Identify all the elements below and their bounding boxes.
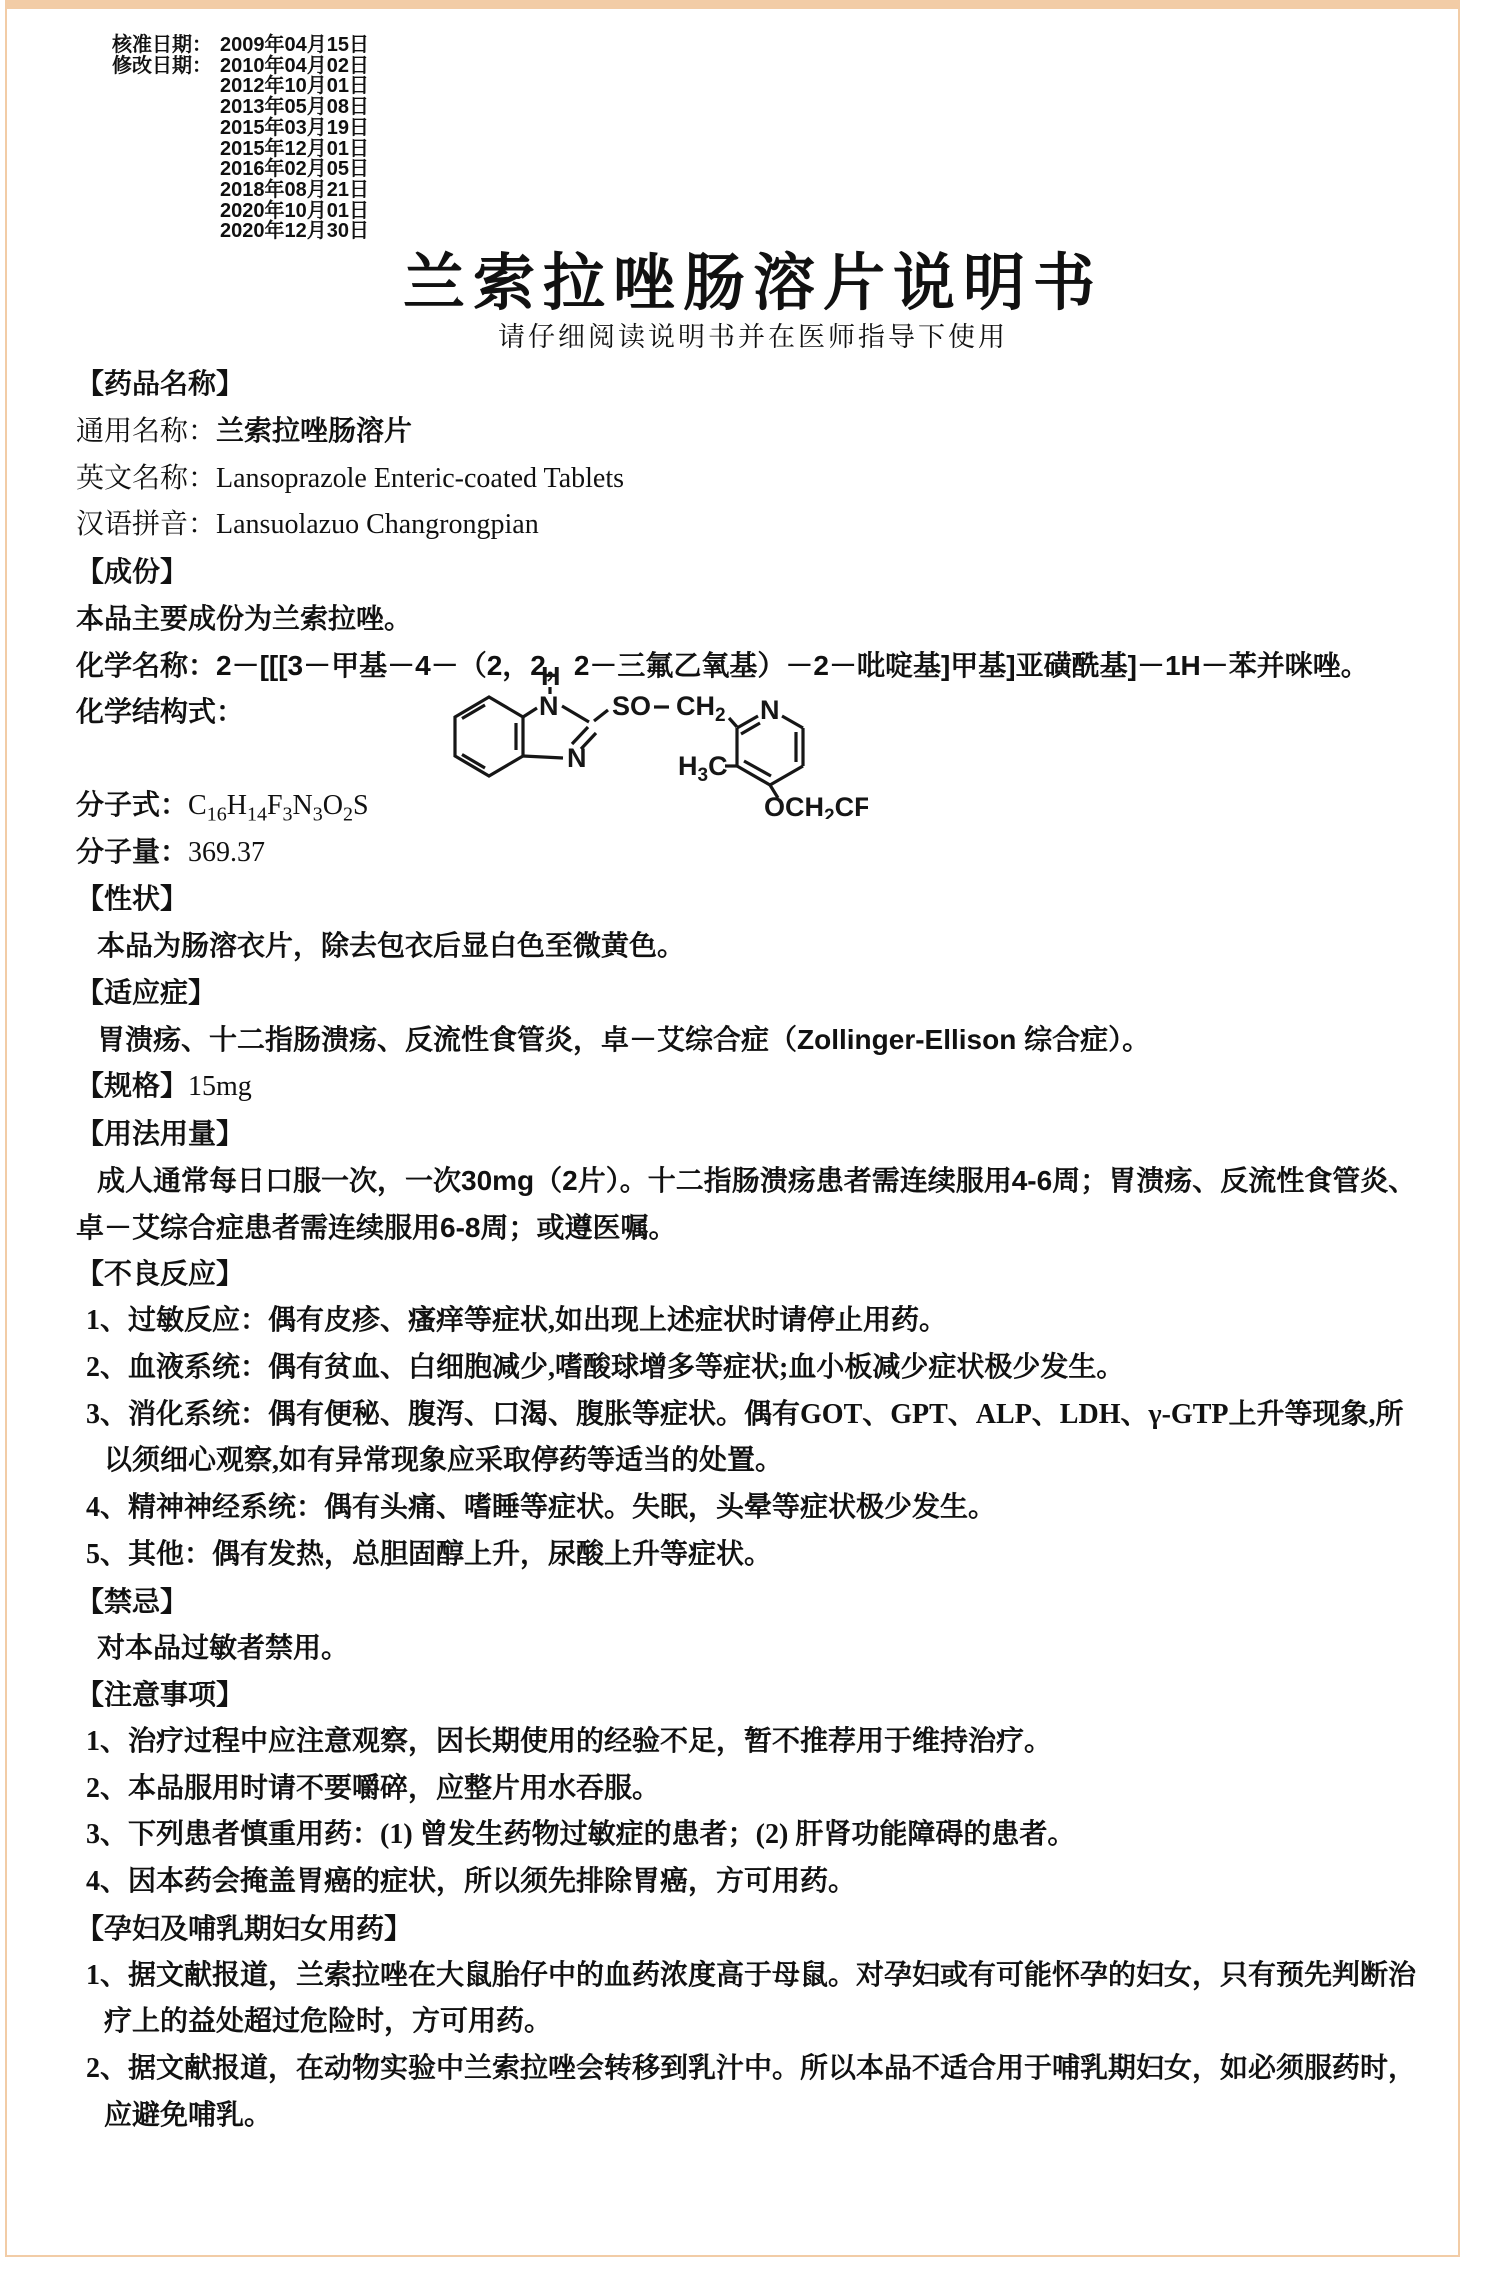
generic-name-value: 兰索拉唑肠溶片 [216, 415, 412, 446]
section-heading-pregnancy: 【孕妇及哺乳期妇女用药】 [76, 1906, 1430, 1953]
revision-date-extra-row: 2012年10月01日 [112, 76, 1430, 97]
pinyin-name-row: 汉语拼音：Lansuolazuo Changrongpian [76, 502, 1430, 549]
revision-date-spacer [112, 139, 220, 160]
revision-date-spacer [112, 159, 220, 180]
item-text: 血液系统：偶有贫血、白细胞减少,嗜酸球增多等症状;血小板减少症状极少发生。 [128, 1352, 1124, 1383]
section-heading-specification: 【规格】 [76, 1070, 188, 1101]
imidazole-n1-label: N [539, 691, 559, 721]
imidazole-n3-label: N [567, 743, 587, 773]
pregnancy-item: 2、据文献报道，在动物实验中兰索拉唑会转移到乳汁中。所以本品不适合用于哺乳期妇女… [76, 2046, 1430, 2140]
adverse-reaction-item: 4、精神神经系统：偶有头痛、嗜睡等症状。失眠，头晕等症状极少发生。 [76, 1485, 1430, 1532]
revision-date-extra-row: 2018年08月21日 [112, 180, 1430, 201]
section-heading-adverse-reactions: 【不良反应】 [76, 1251, 1430, 1298]
pyridine-n-label: N [760, 695, 780, 725]
english-name-value: Lansoprazole Enteric-coated Tablets [216, 463, 624, 494]
revision-date-extra-row: 2015年12月01日 [112, 139, 1430, 160]
revision-date-extra-row: 2015年03月19日 [112, 118, 1430, 139]
revision-date-extra-row: 2020年10月01日 [112, 201, 1430, 222]
section-heading-composition: 【成份】 [76, 549, 1430, 596]
dosage-text: 成人通常每日口服一次，一次30mg（2片）。十二指肠溃疡患者需连续服用4-6周；… [76, 1158, 1430, 1252]
item-number: 2、 [86, 1352, 128, 1383]
adverse-reactions-list: 1、过敏反应：偶有皮疹、瘙痒等症状,如出现上述症状时请停止用药。 2、血液系统：… [76, 1298, 1430, 1579]
revision-date-extra-row: 2016年02月05日 [112, 159, 1430, 180]
nh-hydrogen-label: H [541, 667, 561, 691]
pinyin-name-label: 汉语拼音： [76, 509, 216, 540]
revision-date-value: 2018年08月21日 [220, 180, 369, 201]
adverse-reaction-item: 3、消化系统：偶有便秘、腹泻、口渴、腹胀等症状。偶有GOT、GPT、ALP、LD… [76, 1392, 1430, 1486]
precaution-item: 3、下列患者慎重用药：(1) 曾发生药物过敏症的患者；(2) 肝肾功能障碍的患者… [76, 1812, 1430, 1859]
item-number: 1、 [86, 1960, 128, 1991]
description-text: 本品为肠溶衣片，除去包衣后显白色至微黄色。 [76, 923, 1430, 970]
methyl-label: H3C [678, 751, 728, 786]
adverse-reaction-item: 2、血液系统：偶有贫血、白细胞减少,嗜酸球增多等症状;血小板减少症状极少发生。 [76, 1345, 1430, 1392]
generic-name-label: 通用名称： [76, 416, 216, 447]
item-number: 1、 [86, 1305, 128, 1336]
revision-date-value: 2015年03月19日 [220, 118, 369, 139]
chemical-structure-label: 化学结构式： [76, 696, 244, 727]
document-subtitle: 请仔细阅读说明书并在医师指导下使用 [76, 322, 1430, 352]
item-text: 其他：偶有发热，总胆固醇上升，尿酸上升等症状。 [128, 1539, 772, 1570]
molecular-weight-row: 分子量：369.37 [76, 830, 1430, 877]
revision-date-spacer [112, 97, 220, 118]
section-heading-indications: 【适应症】 [76, 970, 1430, 1017]
methylene-label: CH2 [676, 691, 726, 726]
english-name-row: 英文名称：Lansoprazole Enteric-coated Tablets [76, 456, 1430, 503]
molecular-formula-value: C16H14F3N3O2S [188, 790, 369, 821]
precautions-list: 1、治疗过程中应注意观察，因长期使用的经验不足，暂不推荐用于维持治疗。 2、本品… [76, 1719, 1430, 1906]
contraindications-text: 对本品过敏者禁用。 [76, 1625, 1430, 1672]
item-number: 4、 [86, 1866, 128, 1897]
specification-value: 15mg [188, 1071, 252, 1102]
date-block: 核准日期： 2009年04月15日 修改日期： 2010年04月02日 2012… [112, 35, 1430, 242]
chemical-structure-row: 化学结构式： H N N SO CH [76, 689, 1430, 783]
revision-date-label: 修改日期： [112, 56, 220, 77]
revision-date-spacer [112, 76, 220, 97]
approval-date-value: 2009年04月15日 [220, 35, 369, 56]
revision-date-value: 2020年10月01日 [220, 201, 369, 222]
revision-date-spacer [112, 201, 220, 222]
molecular-weight-label: 分子量： [76, 837, 188, 868]
item-number: 2、 [86, 1773, 128, 1804]
item-text: 消化系统：偶有便秘、腹泻、口渴、腹胀等症状。偶有GOT、GPT、ALP、LDH、… [104, 1399, 1403, 1477]
trifluoroethoxy-label: OCH2CF3 [764, 792, 868, 819]
chemical-structure-diagram: H N N SO CH2 N H3 [438, 667, 868, 819]
revision-date-spacer [112, 221, 220, 242]
revision-date-spacer [112, 118, 220, 139]
document-page: 核准日期： 2009年04月15日 修改日期： 2010年04月02日 2012… [5, 0, 1460, 2257]
revision-date-row: 修改日期： 2010年04月02日 [112, 56, 1430, 77]
adverse-reaction-item: 1、过敏反应：偶有皮疹、瘙痒等症状,如出现上述症状时请停止用药。 [76, 1298, 1430, 1345]
indications-text: 胃溃疡、十二指肠溃疡、反流性食管炎，卓－艾综合症（Zollinger-Ellis… [76, 1017, 1430, 1064]
pinyin-name-value: Lansuolazuo Changrongpian [216, 509, 539, 540]
item-number: 3、 [86, 1819, 128, 1850]
approval-date-row: 核准日期： 2009年04月15日 [112, 35, 1430, 56]
english-name-label: 英文名称： [76, 463, 216, 494]
generic-name-row: 通用名称：兰索拉唑肠溶片 [76, 408, 1430, 456]
molecular-weight-value: 369.37 [188, 837, 265, 868]
revision-date-value: 2012年10月01日 [220, 76, 369, 97]
pregnancy-item: 1、据文献报道，兰索拉唑在大鼠胎仔中的血药浓度高于母鼠。对孕妇或有可能怀孕的妇女… [76, 1953, 1430, 2047]
item-text: 本品服用时请不要嚼碎，应整片用水吞服。 [128, 1773, 660, 1804]
precaution-item: 1、治疗过程中应注意观察，因长期使用的经验不足，暂不推荐用于维持治疗。 [76, 1719, 1430, 1766]
revision-date-value: 2013年05月08日 [220, 97, 369, 118]
revision-date-value: 2020年12月30日 [220, 221, 369, 242]
approval-date-label: 核准日期： [112, 35, 220, 56]
item-text: 治疗过程中应注意观察，因长期使用的经验不足，暂不推荐用于维持治疗。 [128, 1726, 1052, 1757]
item-number: 3、 [86, 1399, 128, 1430]
document-body: 【药品名称】 通用名称：兰索拉唑肠溶片 英文名称：Lansoprazole En… [76, 361, 1430, 2140]
section-heading-description: 【性状】 [76, 876, 1430, 923]
section-heading-dosage: 【用法用量】 [76, 1111, 1430, 1158]
document-title: 兰索拉唑肠溶片说明书 [76, 251, 1430, 317]
item-text: 因本药会掩盖胃癌的症状，所以须先排除胃癌，方可用药。 [128, 1866, 856, 1897]
composition-main-text: 本品主要成份为兰索拉唑。 [76, 596, 1430, 643]
revision-date-value: 2016年02月05日 [220, 159, 369, 180]
revision-date-value: 2010年04月02日 [220, 56, 369, 77]
item-text: 精神神经系统：偶有头痛、嗜睡等症状。失眠，头晕等症状极少发生。 [128, 1492, 996, 1523]
adverse-reaction-item: 5、其他：偶有发热，总胆固醇上升，尿酸上升等症状。 [76, 1532, 1430, 1579]
benzene-ring [455, 697, 523, 776]
revision-date-value: 2015年12月01日 [220, 139, 369, 160]
item-text: 过敏反应：偶有皮疹、瘙痒等症状,如出现上述症状时请停止用药。 [128, 1305, 947, 1336]
precaution-item: 2、本品服用时请不要嚼碎，应整片用水吞服。 [76, 1766, 1430, 1813]
precaution-item: 4、因本药会掩盖胃癌的症状，所以须先排除胃癌，方可用药。 [76, 1859, 1430, 1906]
pregnancy-list: 1、据文献报道，兰索拉唑在大鼠胎仔中的血药浓度高于母鼠。对孕妇或有可能怀孕的妇女… [76, 1953, 1430, 2140]
item-number: 4、 [86, 1492, 128, 1523]
item-number: 1、 [86, 1726, 128, 1757]
section-heading-drug-name: 【药品名称】 [76, 361, 1430, 408]
revision-date-list: 2012年10月01日 2013年05月08日 2015年03月19日 2015… [112, 76, 1430, 242]
item-text: 下列患者慎重用药：(1) 曾发生药物过敏症的患者；(2) 肝肾功能障碍的患者。 [128, 1819, 1075, 1850]
molecular-formula-label: 分子式： [76, 790, 188, 821]
revision-date-extra-row: 2013年05月08日 [112, 97, 1430, 118]
revision-date-spacer [112, 180, 220, 201]
item-number: 2、 [86, 2053, 128, 2084]
item-text: 据文献报道，兰索拉唑在大鼠胎仔中的血药浓度高于母鼠。对孕妇或有可能怀孕的妇女，只… [104, 1960, 1416, 2038]
specification-row: 【规格】15mg [76, 1063, 1430, 1111]
section-heading-contraindications: 【禁忌】 [76, 1579, 1430, 1626]
item-number: 5、 [86, 1539, 128, 1570]
section-heading-precautions: 【注意事项】 [76, 1672, 1430, 1719]
item-text: 据文献报道，在动物实验中兰索拉唑会转移到乳汁中。所以本品不适合用于哺乳期妇女，如… [104, 2053, 1416, 2131]
revision-date-extra-row: 2020年12月30日 [112, 221, 1430, 242]
sulfinyl-label: SO [612, 691, 651, 721]
